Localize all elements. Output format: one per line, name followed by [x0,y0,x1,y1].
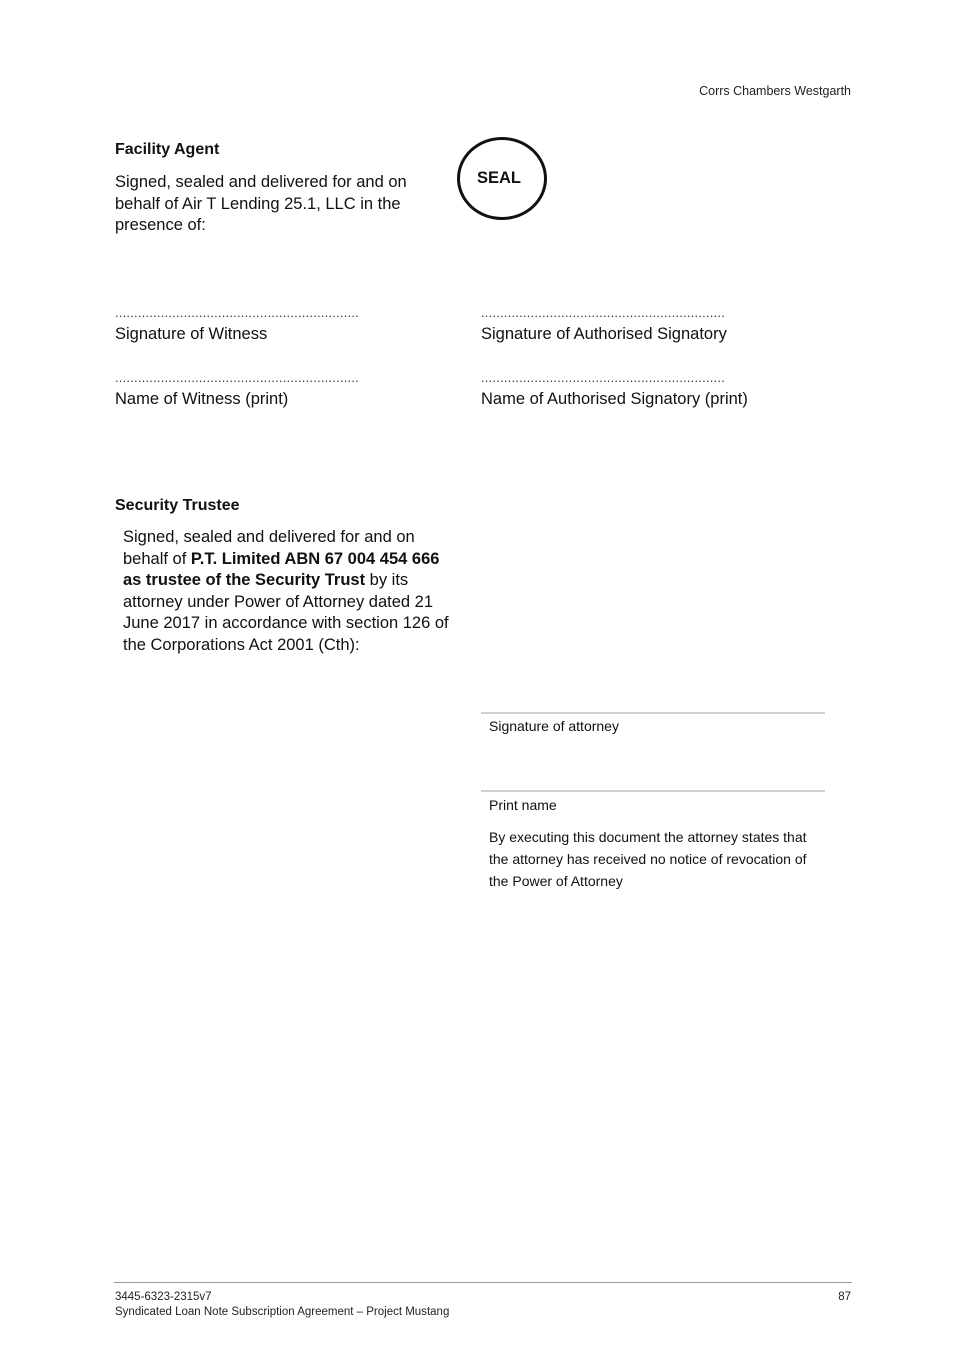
signatory-name-label: Name of Authorised Signatory (print) [481,390,748,409]
footer-divider [114,1282,852,1283]
print-name-rule[interactable] [481,790,825,792]
security-trustee-execution-text: Signed, sealed and delivered for and on … [123,527,453,656]
signatory-signature-line[interactable]: ........................................… [481,307,797,319]
facility-agent-execution-text: Signed, sealed and delivered for and on … [115,172,435,237]
witness-signature-line[interactable]: ........................................… [115,307,431,319]
seal-circle: SEAL [457,137,547,220]
witness-name-line[interactable]: ........................................… [115,372,431,384]
witness-signature-label: Signature of Witness [115,325,267,344]
witness-name-label: Name of Witness (print) [115,390,288,409]
attorney-statement: By executing this document the attorney … [489,826,824,892]
print-name-label: Print name [489,797,557,813]
footer-doc-id: 3445-6323-2315v7 [115,1291,212,1303]
attorney-signature-label: Signature of attorney [489,718,619,734]
attorney-signature-rule[interactable] [481,712,825,714]
seal-label: SEAL [477,169,521,188]
footer-page-number: 87 [838,1291,851,1303]
signatory-name-line[interactable]: ........................................… [481,372,797,384]
signatory-signature-label: Signature of Authorised Signatory [481,325,727,344]
security-trustee-title: Security Trustee [115,497,240,515]
header-firm-name: Corrs Chambers Westgarth [699,84,851,98]
footer-doc-title: Syndicated Loan Note Subscription Agreem… [115,1306,449,1318]
facility-agent-title: Facility Agent [115,141,219,159]
